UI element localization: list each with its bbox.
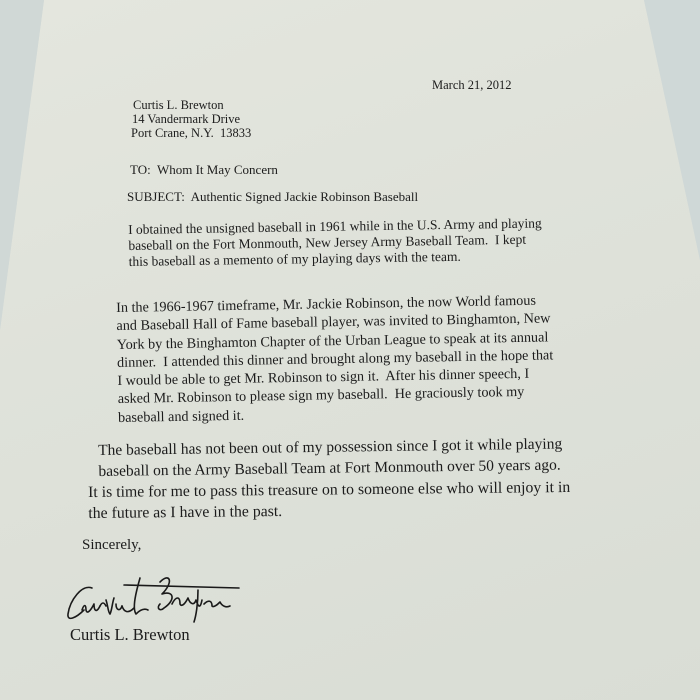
signed-name: Curtis L. Brewton [70,627,190,643]
sender-city: Port Crane, N.Y. 13833 [131,126,251,140]
handwritten-signature-icon [64,570,254,625]
body-paragraph: I obtained the unsigned baseball in 1961… [128,216,542,270]
sender-name: Curtis L. Brewton [133,98,224,112]
sender-street: 14 Vandermark Drive [132,112,240,126]
body-paragraph: In the 1966-1967 timeframe, Mr. Jackie R… [116,291,554,427]
body-paragraph: It is time for me to pass this treasure … [88,477,571,524]
letter-subject: SUBJECT: Authentic Signed Jackie Robinso… [127,189,418,205]
letter-date: March 21, 2012 [432,77,512,93]
body-paragraph: The baseball has not been out of my poss… [98,434,563,482]
closing: Sincerely, [82,537,141,553]
letter-recipient: TO: Whom It May Concern [130,162,278,178]
